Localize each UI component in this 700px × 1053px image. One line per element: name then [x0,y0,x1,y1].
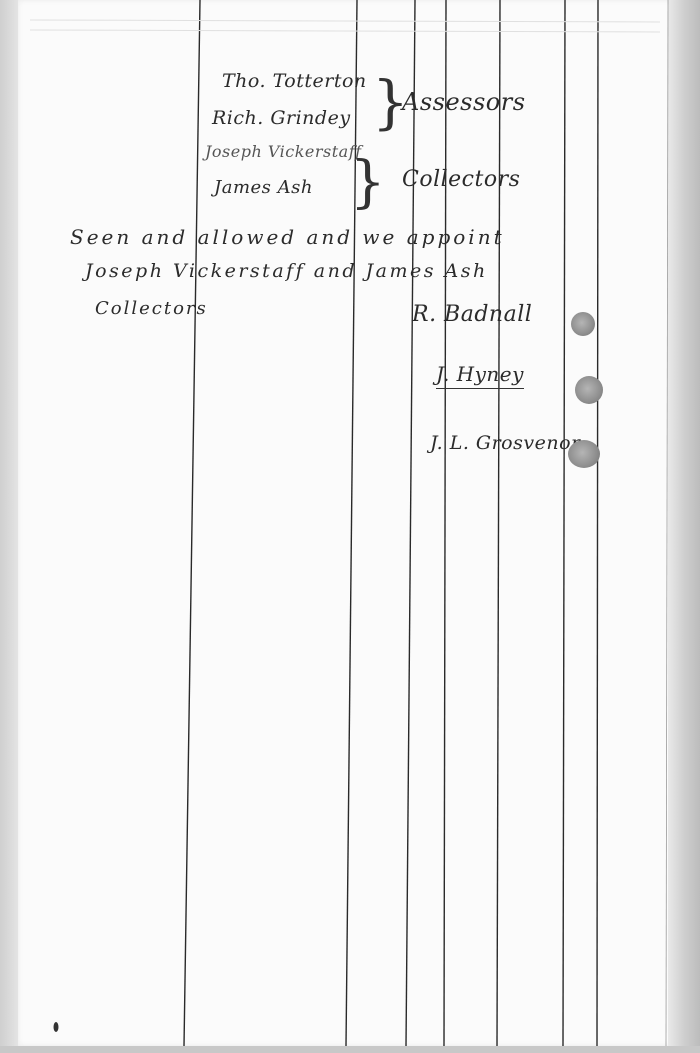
signature-2: J. Hyney [436,362,524,389]
assessors-label: Assessors [402,88,526,116]
wax-seal-1 [571,312,595,336]
officer-name-4: James Ash [214,177,313,198]
officer-name-1: Tho. Totterton [222,70,367,92]
signature-3: J. L. Grosvenor [430,432,581,454]
officer-name-2: Rich. Grindey [212,107,351,129]
collectors-label: Collectors [402,167,520,192]
approval-line-3: Collectors [95,298,208,319]
officer-name-3: Joseph Vickerstaff [205,142,362,161]
approval-line-1: Seen and allowed and we appoint [70,225,505,249]
signature-1: R. Badnall [412,302,532,327]
wax-seal-2 [575,376,603,404]
collectors-brace: } [350,150,386,215]
wax-seal-3 [568,440,600,468]
approval-line-2: Joseph Vickerstaff and James Ash [85,260,488,282]
